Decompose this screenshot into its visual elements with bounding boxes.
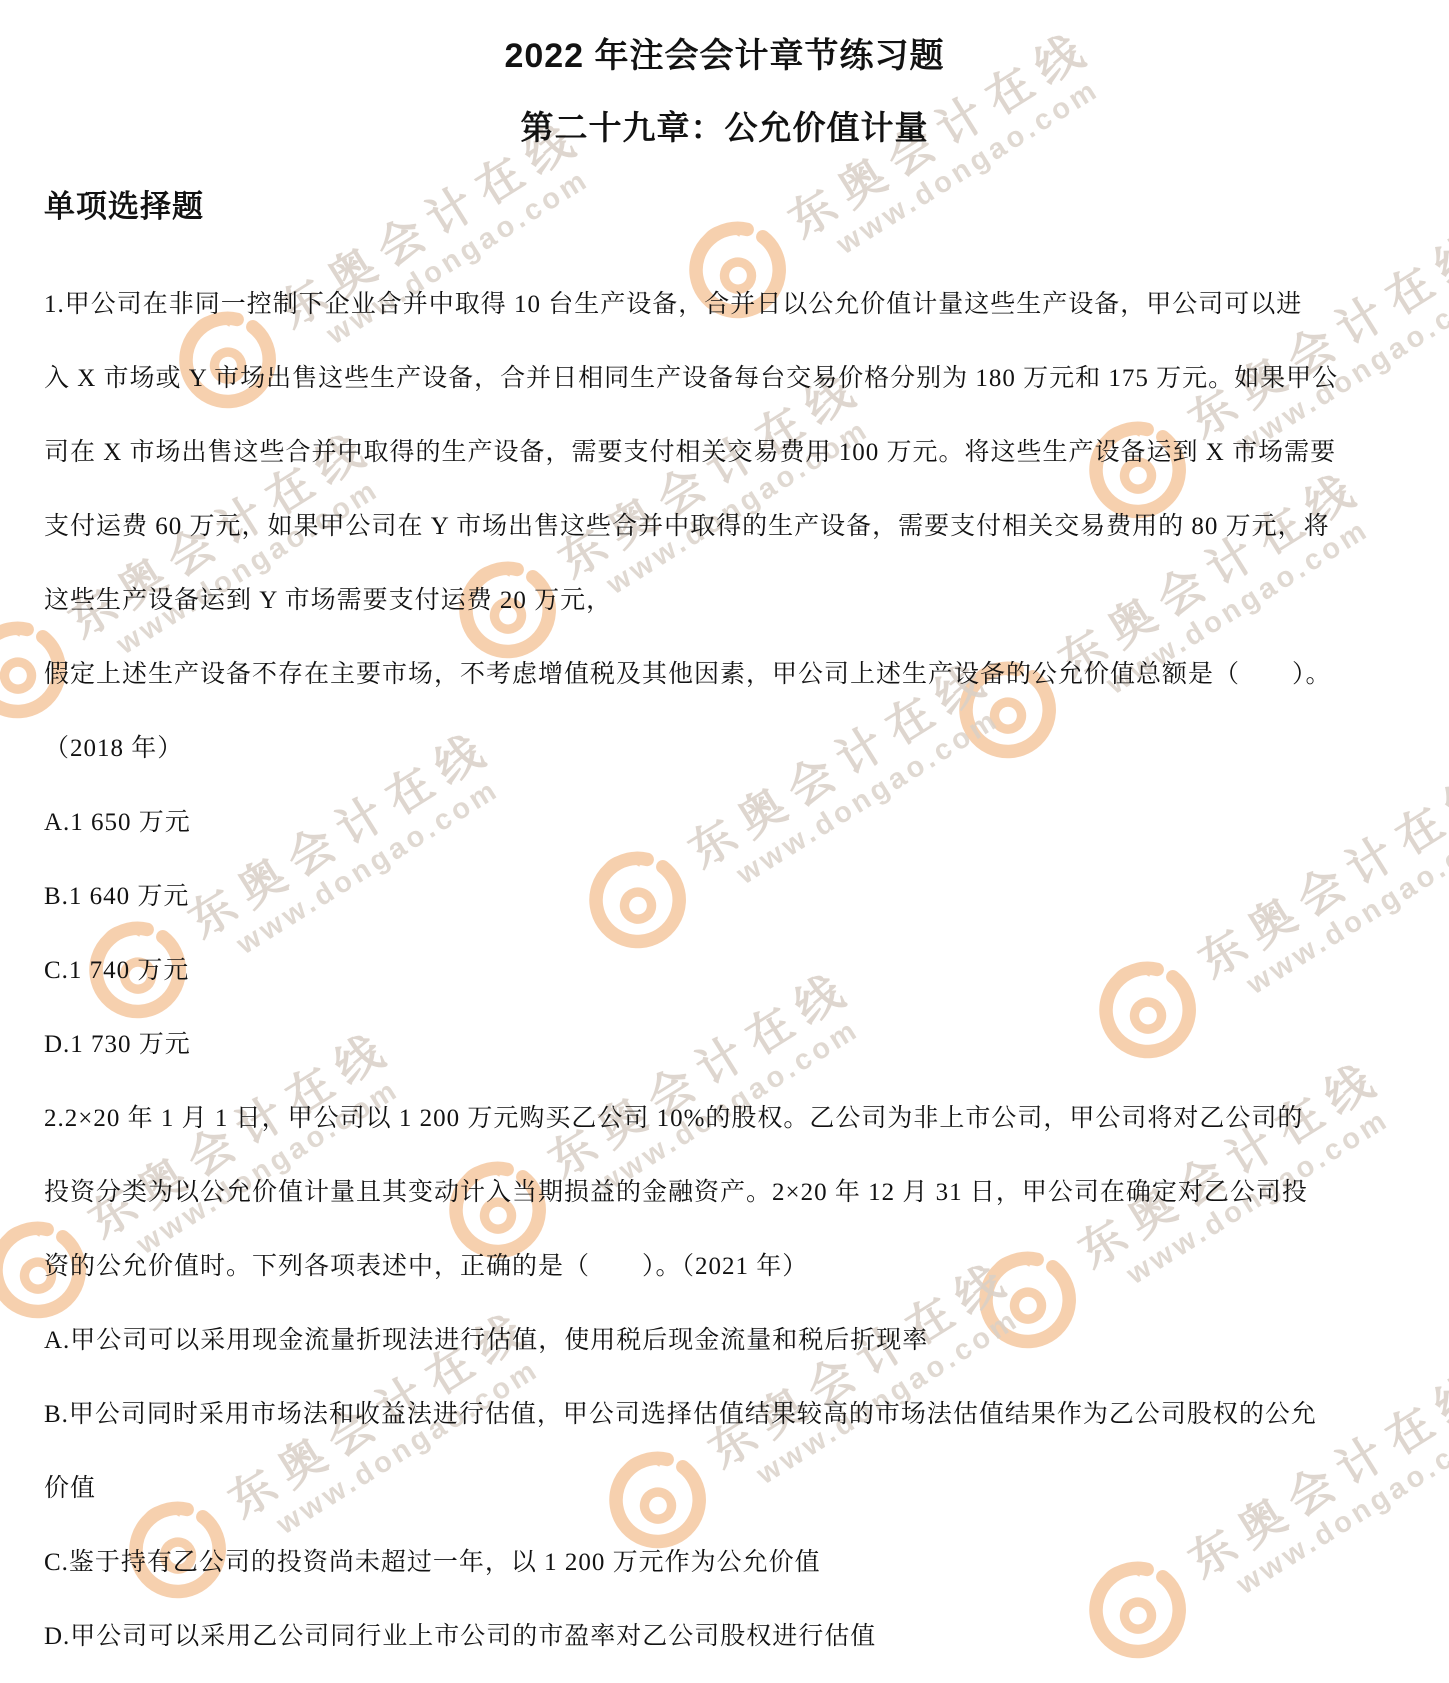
text-line: B.甲公司同时采用市场法和收益法进行估值，甲公司选择估值结果较高的市场法估值结果… <box>44 1378 1405 1452</box>
page-title: 2022 年注会会计章节练习题 <box>44 20 1405 92</box>
document-lines: 1.甲公司在非同一控制下企业合并中取得 10 台生产设备，合并日以公允价值计量这… <box>44 268 1405 1674</box>
text-line: 这些生产设备运到 Y 市场需要支付运费 20 万元， <box>44 564 1405 638</box>
text-line: 支付运费 60 万元，如果甲公司在 Y 市场出售这些合并中取得的生产设备，需要支… <box>44 490 1405 564</box>
document-content: 2022 年注会会计章节练习题 第二十九章：公允价值计量 单项选择题 1.甲公司… <box>0 0 1449 1683</box>
text-line: D.甲公司可以采用乙公司同行业上市公司的市盈率对乙公司股权进行估值 <box>44 1600 1405 1674</box>
document-page: 东奥会计在线 www.dongao.com 东奥会计在线 www.dongao.… <box>0 0 1449 1683</box>
text-line: C.1 740 万元 <box>44 934 1405 1008</box>
text-line: D.1 730 万元 <box>44 1008 1405 1082</box>
text-line: 假定上述生产设备不存在主要市场，不考虑增值税及其他因素，甲公司上述生产设备的公允… <box>44 638 1405 712</box>
text-line: C.鉴于持有乙公司的投资尚未超过一年，以 1 200 万元作为公允价值 <box>44 1526 1405 1600</box>
text-line: 司在 X 市场出售这些合并中取得的生产设备，需要支付相关交易费用 100 万元。… <box>44 416 1405 490</box>
text-line: 投资分类为以公允价值计量且其变动计入当期损益的金融资产。2×20 年 12 月 … <box>44 1156 1405 1230</box>
text-line: 资的公允价值时。下列各项表述中，正确的是（ ）。（2021 年） <box>44 1230 1405 1304</box>
text-line: 1.甲公司在非同一控制下企业合并中取得 10 台生产设备，合并日以公允价值计量这… <box>44 268 1405 342</box>
text-line: A.1 650 万元 <box>44 786 1405 860</box>
text-line: 2.2×20 年 1 月 1 日，甲公司以 1 200 万元购买乙公司 10%的… <box>44 1082 1405 1156</box>
text-line: 价值 <box>44 1452 1405 1526</box>
text-line: B.1 640 万元 <box>44 860 1405 934</box>
section-heading: 单项选择题 <box>44 172 1405 242</box>
text-line: 入 X 市场或 Y 市场出售这些生产设备，合并日相同生产设备每台交易价格分别为 … <box>44 342 1405 416</box>
text-line: A.甲公司可以采用现金流量折现法进行估值，使用税后现金流量和税后折现率 <box>44 1304 1405 1378</box>
chapter-title: 第二十九章：公允价值计量 <box>44 92 1405 164</box>
text-line: （2018 年） <box>44 712 1405 786</box>
